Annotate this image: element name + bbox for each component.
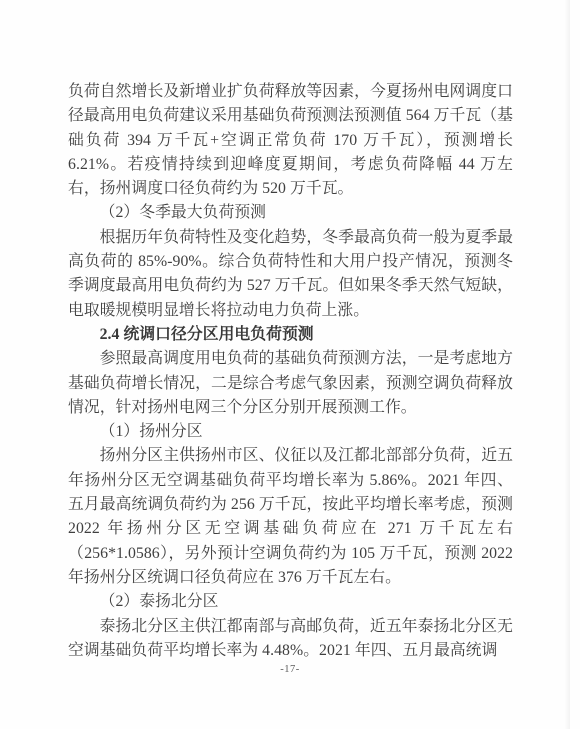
subheading-taiyangbei-zone: （2）泰扬北分区 <box>68 590 513 614</box>
subheading-yangzhou-zone: （1）扬州分区 <box>68 420 513 444</box>
scan-page-edge <box>564 0 570 729</box>
page-body-text: 负荷自然增长及新增业扩负荷释放等因素，今夏扬州电网调度口径最高用电负荷建议采用基… <box>0 0 580 663</box>
page-number: -17- <box>0 664 580 675</box>
document-page: 负荷自然增长及新增业扩负荷释放等因素，今夏扬州电网调度口径最高用电负荷建议采用基… <box>0 0 580 729</box>
paragraph-summer-forecast-continuation: 负荷自然增长及新增业扩负荷释放等因素，今夏扬州电网调度口径最高用电负荷建议采用基… <box>68 80 513 201</box>
paragraph-taiyangbei-zone-forecast: 泰扬北分区主供江都南部与高邮负荷，近五年泰扬北分区无空调基础负荷平均增长率为 4… <box>68 615 513 664</box>
subheading-winter-max-load-forecast: （2）冬季最大负荷预测 <box>68 201 513 225</box>
paragraph-zonal-forecast-method: 参照最高调度用电负荷的基础负荷预测方法，一是考虑地方基础负荷增长情况，二是综合考… <box>68 347 513 420</box>
paragraph-winter-forecast: 根据历年负荷特性及变化趋势，冬季最高负荷一般为夏季最高负荷的 85%-90%。综… <box>68 226 513 323</box>
section-heading-2-4: 2.4 统调口径分区用电负荷预测 <box>68 323 513 347</box>
paragraph-yangzhou-zone-forecast: 扬州分区主供扬州市区、仪征以及江都北部部分负荷，近五年扬州分区无空调基础负荷平均… <box>68 444 513 590</box>
